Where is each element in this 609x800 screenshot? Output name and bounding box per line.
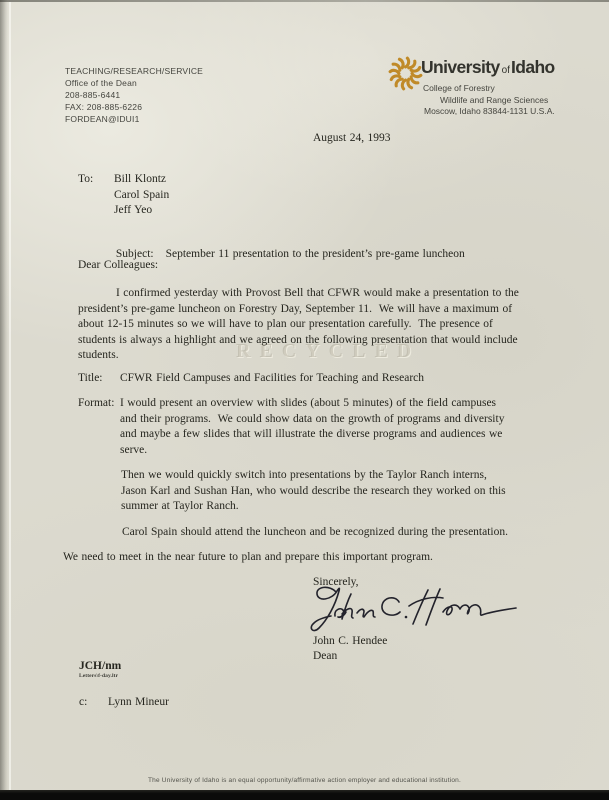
scan-left-paper-edge [9, 2, 11, 790]
wordmark-idaho: Idaho [511, 57, 555, 77]
wordmark-university: University [421, 57, 500, 77]
letterhead-university-block: UniversityofIdaho College of ForestryWil… [384, 50, 579, 128]
letterhead-sender-line: FAX: 208-885-6226 [65, 101, 203, 113]
letterhead-address-block: College of ForestryWildlife and Range Sc… [423, 83, 555, 118]
letterhead-address-line: College of Forestry [423, 83, 555, 95]
format-label: Format: [78, 396, 114, 412]
scan-bottom-bar [0, 790, 609, 800]
letter-date: August 24, 1993 [313, 131, 391, 147]
signer-name: John C. Hendee [313, 634, 387, 650]
title-text: CFWR Field Campuses and Facilities for T… [120, 371, 424, 387]
format-paragraph: I would present an overview with slides … [120, 396, 504, 458]
recipient-name: Carol Spain [114, 188, 169, 204]
paragraph-line: president’s pre-game luncheon on Forestr… [78, 302, 519, 318]
scan-top-edge [0, 0, 609, 2]
letterhead-sender-line: TEACHING/RESEARCH/SERVICE [65, 65, 203, 77]
letterhead-address-line: Moscow, Idaho 83844-1131 U.S.A. [424, 106, 555, 118]
letterhead-sender-line: 208-885-6441 [65, 89, 203, 101]
letterhead-sender-line: Office of the Dean [65, 77, 203, 89]
paragraph-line: I would present an overview with slides … [120, 396, 504, 412]
file-reference: Letters\f-day.ltr [79, 673, 118, 679]
recipient-name: Jeff Yeo [114, 203, 169, 219]
body-paragraph-1: I confirmed yesterday with Provost Bell … [78, 286, 519, 364]
paragraph-line: summer at Taylor Ranch. [121, 499, 506, 515]
scan-left-shadow [0, 0, 8, 800]
handwritten-signature [306, 584, 524, 636]
letterhead-address-line: Wildlife and Range Sciences [440, 95, 555, 107]
cc-label: c: [79, 695, 87, 711]
subject-text: September 11 presentation to the preside… [166, 248, 465, 260]
paragraph-line: students is always a highlight and we ag… [78, 333, 519, 349]
equal-opportunity-footer: The University of Idaho is an equal oppo… [0, 777, 609, 784]
paragraph-line: Jason Karl and Sushan Han, who would des… [121, 484, 506, 500]
recipient-list: Bill KlontzCarol SpainJeff Yeo [114, 172, 169, 219]
paragraph-line: students. [78, 348, 519, 364]
cc-name: Lynn Mineur [108, 695, 169, 711]
signer-title: Dean [313, 649, 337, 665]
letterhead-sender-line: FORDEAN@IDUI1 [65, 113, 203, 125]
paragraph-line: serve. [120, 443, 504, 459]
salutation: Dear Colleagues: [78, 258, 158, 274]
letterhead-sender-block: TEACHING/RESEARCH/SERVICEOffice of the D… [65, 65, 203, 125]
paragraph-line: about 12-15 minutes so we will have to p… [78, 317, 519, 333]
recipient-name: Bill Klontz [114, 172, 169, 188]
paragraph-line: I confirmed yesterday with Provost Bell … [78, 286, 519, 302]
letter-page: TEACHING/RESEARCH/SERVICEOffice of the D… [0, 0, 609, 800]
paragraph-line: and maybe a few slides that will illustr… [120, 427, 504, 443]
paragraph-line: and their programs. We could show data o… [120, 412, 504, 428]
closing-paragraph: We need to meet in the near future to pl… [63, 550, 433, 566]
wordmark-of: of [502, 65, 510, 76]
to-label: To: [78, 172, 93, 188]
university-wordmark: UniversityofIdaho [421, 57, 555, 78]
title-label: Title: [78, 371, 103, 387]
body-paragraph-2: Then we would quickly switch into presen… [121, 468, 506, 515]
paragraph-line: Then we would quickly switch into presen… [121, 468, 506, 484]
body-paragraph-3: Carol Spain should attend the luncheon a… [122, 525, 508, 541]
